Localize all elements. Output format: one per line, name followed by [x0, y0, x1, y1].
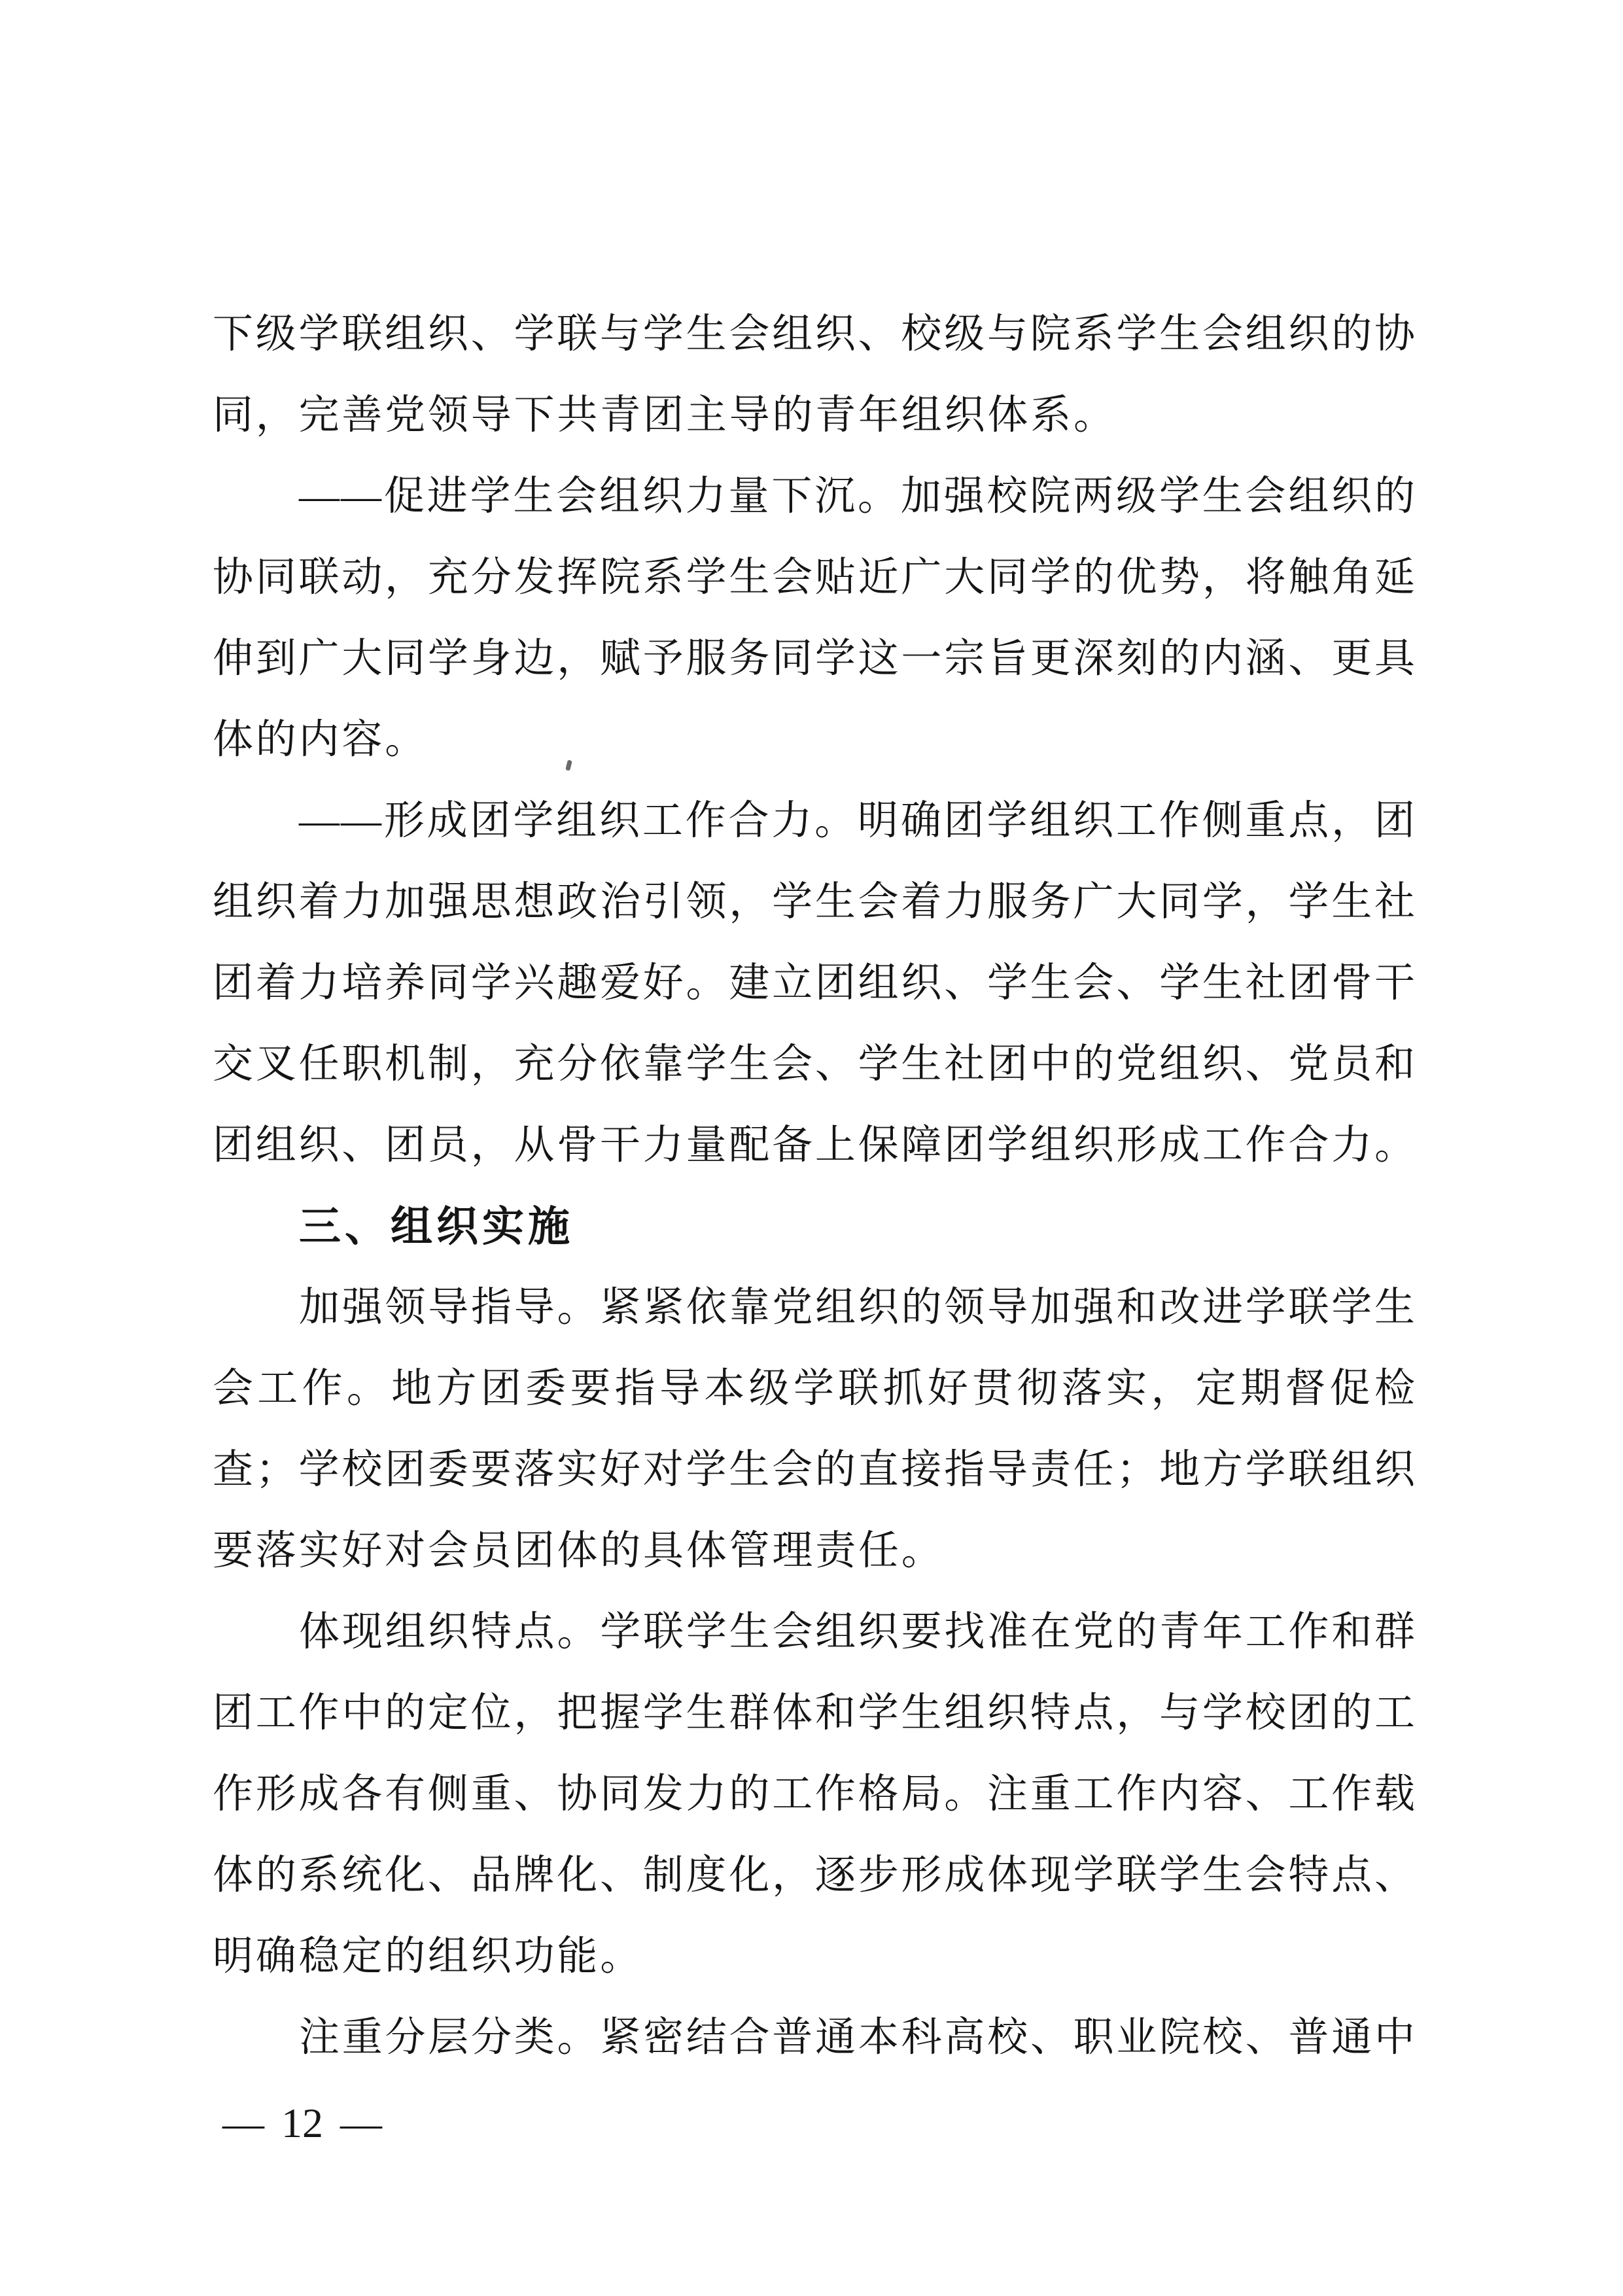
text-line: 加强领导指导。紧紧依靠党组织的领导加强和改进学联学生	[213, 1267, 1416, 1348]
text-line: 注重分层分类。紧密结合普通本科高校、职业院校、普通中	[213, 1997, 1416, 2078]
footer-right-dash: —	[340, 2100, 382, 2146]
text-line: 团着力培养同学兴趣爱好。建立团组织、学生会、学生社团骨干	[213, 943, 1416, 1024]
text-line: 团组织、团员，从骨干力量配备上保障团学组织形成工作合力。	[213, 1105, 1416, 1186]
document-page: 下级学联组织、学联与学生会组织、校级与院系学生会组织的协同，完善党领导下共青团主…	[0, 0, 1623, 2296]
text-line: 体的系统化、品牌化、制度化，逐步形成体现学联学生会特点、	[213, 1835, 1416, 1916]
section-heading: 三、组织实施	[213, 1186, 1416, 1267]
text-line: 同，完善党领导下共青团主导的青年组织体系。	[213, 375, 1416, 456]
page-footer: —12—	[222, 2092, 382, 2155]
text-line: 会工作。地方团委要指导本级学联抓好贯彻落实，定期督促检	[213, 1348, 1416, 1429]
text-line: ——促进学生会组织力量下沉。加强校院两级学生会组织的	[213, 456, 1416, 537]
text-line: 体的内容。	[213, 699, 1416, 780]
text-line: 作形成各有侧重、协同发力的工作格局。注重工作内容、工作载	[213, 1754, 1416, 1835]
body-text: 下级学联组织、学联与学生会组织、校级与院系学生会组织的协同，完善党领导下共青团主…	[213, 294, 1416, 2078]
text-line: 伸到广大同学身边，赋予服务同学这一宗旨更深刻的内涵、更具	[213, 618, 1416, 699]
text-line: ——形成团学组织工作合力。明确团学组织工作侧重点，团	[213, 780, 1416, 861]
page-number: 12	[281, 2100, 323, 2146]
text-line: 协同联动，充分发挥院系学生会贴近广大同学的优势，将触角延	[213, 537, 1416, 618]
text-line: 查；学校团委要落实好对学生会的直接指导责任；地方学联组织	[213, 1429, 1416, 1510]
footer-left-dash: —	[222, 2100, 264, 2146]
text-line: 明确稳定的组织功能。	[213, 1916, 1416, 1997]
text-line: 团工作中的定位，把握学生群体和学生组织特点，与学校团的工	[213, 1673, 1416, 1754]
text-line: 组织着力加强思想政治引领，学生会着力服务广大同学，学生社	[213, 861, 1416, 943]
text-line: 要落实好对会员团体的具体管理责任。	[213, 1510, 1416, 1592]
text-line: 体现组织特点。学联学生会组织要找准在党的青年工作和群	[213, 1592, 1416, 1673]
text-line: 交叉任职机制，充分依靠学生会、学生社团中的党组织、党员和	[213, 1024, 1416, 1105]
text-line: 下级学联组织、学联与学生会组织、校级与院系学生会组织的协	[213, 294, 1416, 375]
